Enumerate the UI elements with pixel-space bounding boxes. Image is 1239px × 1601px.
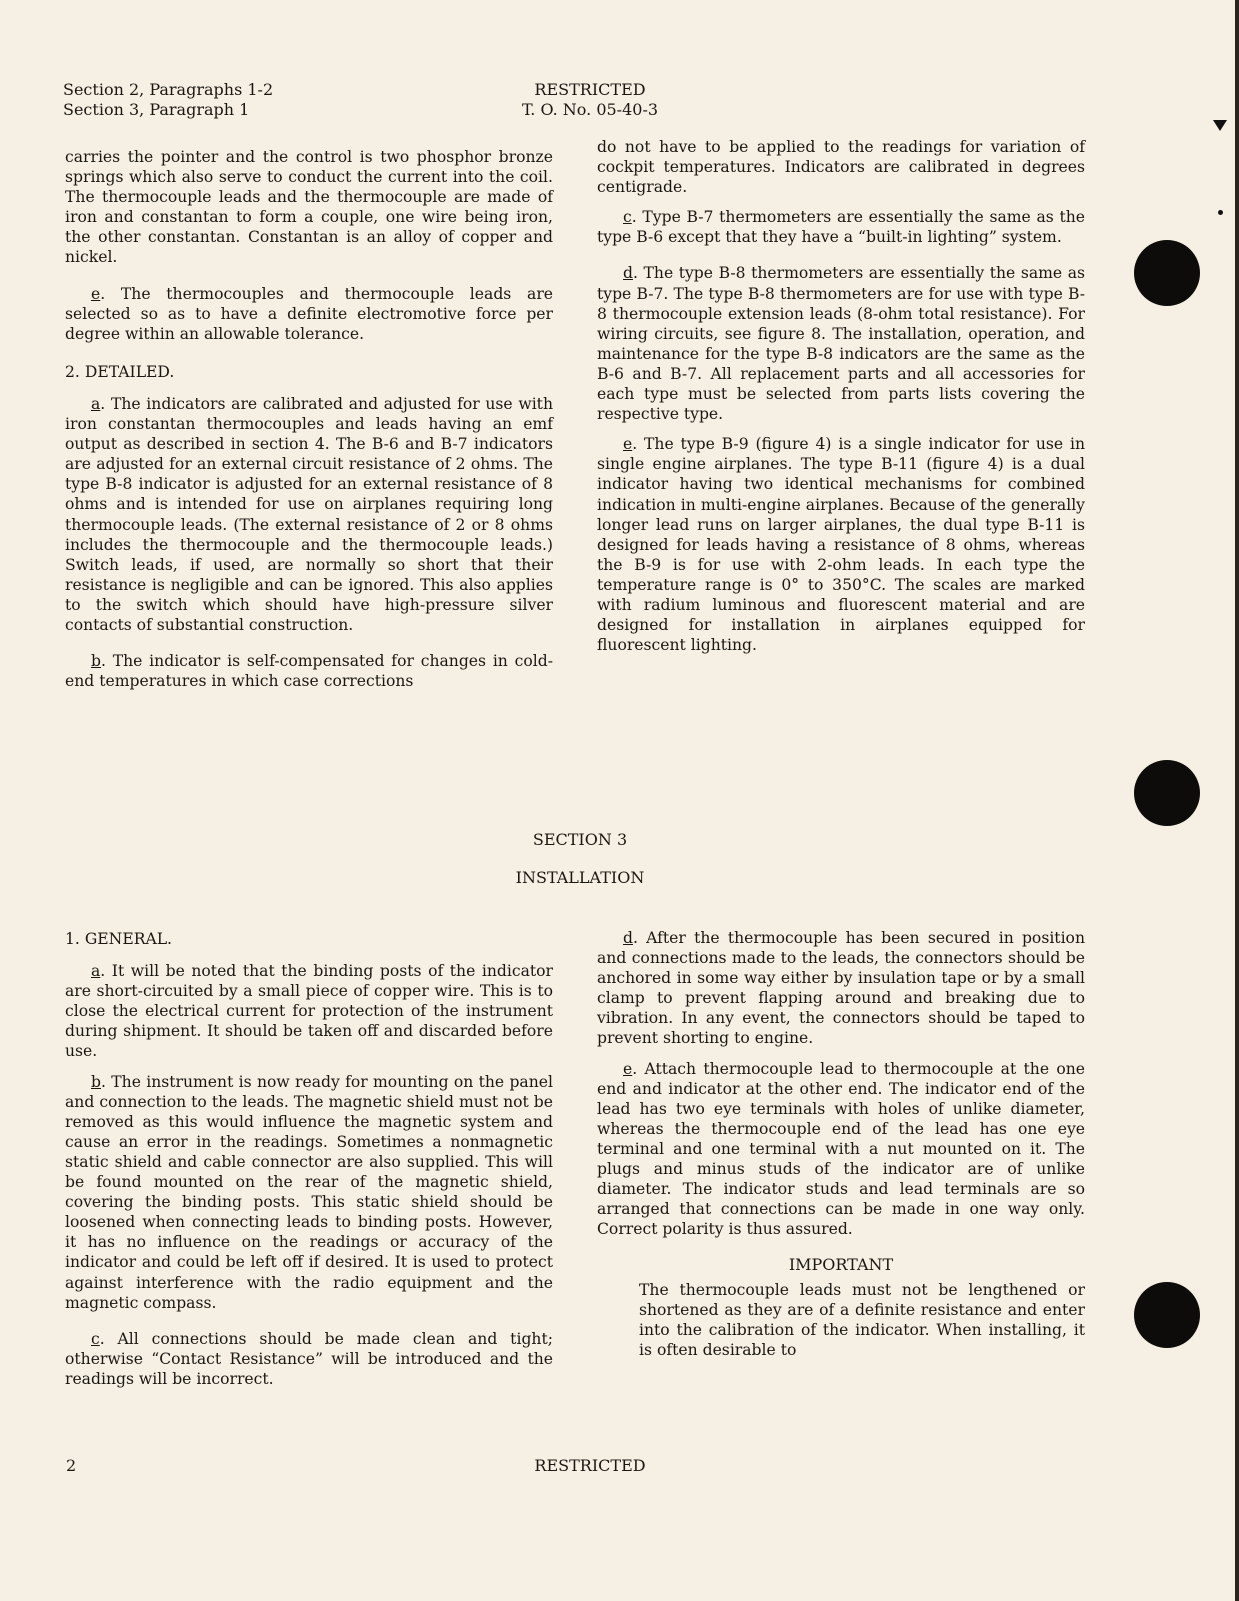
paragraph-text: . The indicator is self-compensated for … <box>65 652 553 690</box>
section2-left-column: carries the pointer and the control is t… <box>65 147 553 701</box>
page-edge <box>1235 0 1239 1601</box>
paragraph-text: . The instrument is now ready for mounti… <box>65 1073 553 1312</box>
paragraph-continuation: do not have to be applied to the reading… <box>597 137 1085 197</box>
classification-label: RESTRICTED <box>470 80 710 100</box>
paragraph-e: e. The type B-9 (figure 4) is a single i… <box>597 434 1085 655</box>
paragraph-e: e. The thermocouples and thermocouple le… <box>65 284 553 344</box>
binder-hole-icon <box>1134 760 1200 826</box>
footer-classification: RESTRICTED <box>470 1456 710 1475</box>
important-notice-title: IMPORTANT <box>597 1255 1085 1275</box>
paragraph-a: a. The indicators are calibrated and adj… <box>65 394 553 635</box>
paragraph-text: . The type B-8 thermometers are essentia… <box>597 264 1085 423</box>
paragraph-text: . Type B-7 thermometers are essentially … <box>597 208 1085 246</box>
paragraph-text: . Attach thermocouple lead to thermocoup… <box>597 1060 1085 1239</box>
paragraph-letter: d <box>623 929 633 947</box>
paragraph-letter: a <box>91 962 100 980</box>
running-header-center: RESTRICTED T. O. No. 05-40-3 <box>470 80 710 120</box>
paragraph-d: d. After the thermocouple has been secur… <box>597 928 1085 1049</box>
paragraph-c: c. All connections should be made clean … <box>65 1329 553 1389</box>
speck-mark-icon <box>1218 210 1223 215</box>
paragraph-text: . All connections should be made clean a… <box>65 1330 553 1388</box>
heading-general: 1. GENERAL. <box>65 929 553 949</box>
paragraph-text: . The indicators are calibrated and adju… <box>65 395 553 634</box>
paragraph-text: . After the thermocouple has been secure… <box>597 929 1085 1047</box>
paragraph-letter: e <box>91 285 100 303</box>
paragraph-letter: e <box>623 435 632 453</box>
paragraph-letter: c <box>91 1330 100 1348</box>
section-title: SECTION 3 <box>420 830 740 849</box>
paragraph-letter: e <box>623 1060 632 1078</box>
paragraph-a: a. It will be noted that the binding pos… <box>65 961 553 1061</box>
paragraph-letter: b <box>91 652 101 670</box>
paragraph-text: . The type B-9 (figure 4) is a single in… <box>597 435 1085 654</box>
paragraph-b: b. The instrument is now ready for mount… <box>65 1072 553 1313</box>
tech-order-number: T. O. No. 05-40-3 <box>470 100 710 120</box>
paragraph-text: . It will be noted that the binding post… <box>65 962 553 1060</box>
paragraph-letter: c <box>623 208 632 226</box>
paragraph-letter: d <box>623 264 633 282</box>
header-section-line-1: Section 2, Paragraphs 1-2 <box>63 80 273 100</box>
binder-hole-icon <box>1134 240 1200 306</box>
paragraph-c: c. Type B-7 thermometers are essentially… <box>597 207 1085 247</box>
section2-right-column: do not have to be applied to the reading… <box>597 137 1085 665</box>
running-header-left: Section 2, Paragraphs 1-2 Section 3, Par… <box>63 80 273 120</box>
section-subtitle: INSTALLATION <box>420 868 740 887</box>
section3-left-column: 1. GENERAL. a. It will be noted that the… <box>65 929 553 1399</box>
section3-right-column: d. After the thermocouple has been secur… <box>597 928 1085 1370</box>
registration-mark-icon <box>1213 120 1227 131</box>
paragraph-b: b. The indicator is self-compensated for… <box>65 651 553 691</box>
paragraph-d: d. The type B-8 thermometers are essenti… <box>597 263 1085 424</box>
binder-hole-icon <box>1134 1282 1200 1348</box>
page-number: 2 <box>66 1456 76 1475</box>
important-notice-body: The thermocouple leads must not be lengt… <box>639 1280 1085 1360</box>
header-section-line-2: Section 3, Paragraph 1 <box>63 100 273 120</box>
paragraph-letter: a <box>91 395 100 413</box>
paragraph-letter: b <box>91 1073 101 1091</box>
heading-detailed: 2. DETAILED. <box>65 362 553 382</box>
paragraph-e: e. Attach thermocouple lead to thermocou… <box>597 1059 1085 1240</box>
paragraph-text: . The thermocouples and thermocouple lea… <box>65 285 553 343</box>
paragraph-continuation: carries the pointer and the control is t… <box>65 147 553 268</box>
